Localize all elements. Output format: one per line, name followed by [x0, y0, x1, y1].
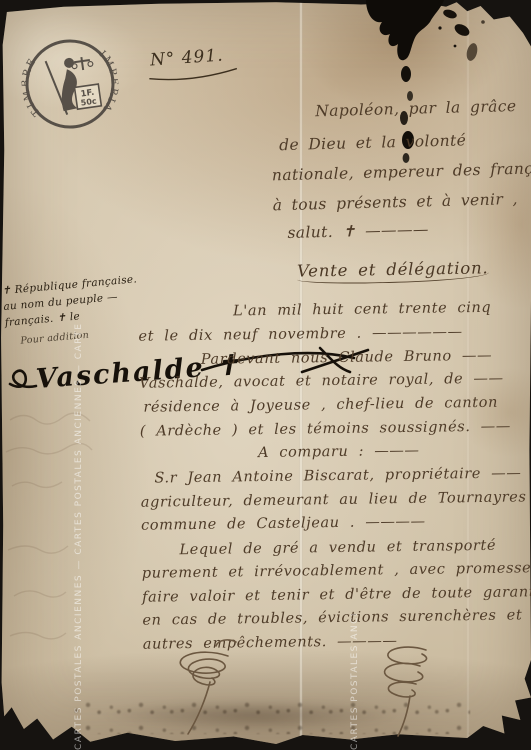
revenue-stamp: TIMBRE IMPERIAL 1F. 50c: [16, 30, 124, 138]
photo-backdrop: TIMBRE IMPERIAL 1F. 50c N° 49: [0, 0, 531, 750]
ink-spots: [428, 2, 528, 82]
stamp-value-box: 1F. 50c: [75, 84, 102, 109]
paraph-flourish-right: [362, 644, 452, 744]
body-line: A comparu : ———: [258, 443, 420, 461]
preamble-line: salut. ✝ ————: [287, 220, 429, 242]
watermark-right: CARTES POSTALES ANCIENNES: [350, 612, 364, 750]
paraph-flourish-left: [158, 638, 263, 743]
document-number: N° 491.: [149, 45, 224, 70]
bleed-through-scribbles: [2, 400, 132, 660]
watermark-left: CARTES POSTALES ANCIENNES — CARTES POSTA…: [74, 322, 88, 750]
